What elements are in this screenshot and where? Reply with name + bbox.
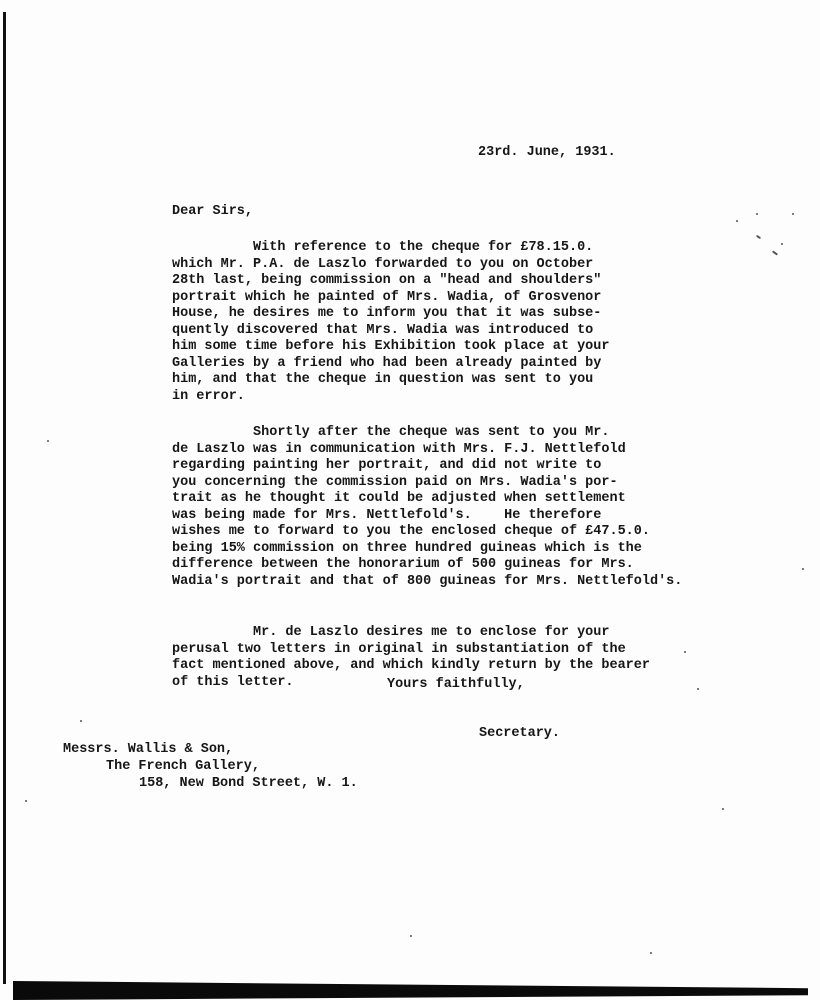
recipient-name: Messrs. Wallis & Son, — [63, 742, 233, 758]
scan-speck — [781, 243, 783, 245]
paragraph-line: trait as he thought it could be adjusted… — [172, 491, 626, 507]
scan-speck — [736, 220, 738, 222]
paragraph-line: was being made for Mrs. Nettlefold's. He… — [172, 508, 601, 524]
scan-speck — [722, 808, 724, 810]
paragraph-line: which Mr. P.A. de Laszlo forwarded to yo… — [172, 257, 593, 273]
paragraph-line: Galleries by a friend who had been alrea… — [172, 356, 601, 372]
scan-speck — [47, 440, 49, 442]
scan-speck — [80, 720, 82, 722]
paragraph-line: wishes me to forward to you the enclosed… — [172, 524, 650, 540]
signature-title: Secretary. — [479, 726, 560, 742]
paragraph-line: portrait which he painted of Mrs. Wadia,… — [172, 290, 601, 306]
paragraph-line: With reference to the cheque for £78.15.… — [172, 240, 593, 256]
paragraph-line: quently discovered that Mrs. Wadia was i… — [172, 323, 593, 339]
scan-speck — [756, 213, 758, 215]
paragraph-line: perusal two letters in original in subst… — [172, 642, 626, 658]
recipient-gallery: The French Gallery, — [106, 759, 260, 775]
paragraph-line: regarding painting her portrait, and did… — [172, 458, 601, 474]
paragraph-line: Shortly after the cheque was sent to you… — [172, 425, 609, 441]
paragraph-line: House, he desires me to inform you that … — [172, 306, 601, 322]
scan-speck — [410, 935, 412, 937]
scan-bottom-edge — [13, 981, 808, 1000]
paragraph-line: de Laszlo was in communication with Mrs.… — [172, 442, 626, 458]
scan-speck — [756, 235, 761, 240]
paragraph-line: Mr. de Laszlo desires me to enclose for … — [172, 625, 609, 641]
recipient-street: 158, New Bond Street, W. 1. — [139, 776, 358, 792]
paragraph-line: in error. — [172, 389, 245, 405]
scan-speck — [697, 688, 699, 690]
letter-date: 23rd. June, 1931. — [478, 145, 616, 161]
paragraph-line: him, and that the cheque in question was… — [172, 372, 593, 388]
paragraph-line: Wadia's portrait and that of 800 guineas… — [172, 574, 682, 590]
paragraph-line: of this letter. — [172, 675, 294, 691]
paragraph-line: difference between the honorarium of 500… — [172, 557, 634, 573]
scan-speck — [650, 952, 652, 954]
scan-speck — [792, 213, 794, 215]
paragraph-line: you concerning the commission paid on Mr… — [172, 475, 618, 491]
closing: Yours faithfully, — [387, 677, 525, 693]
paragraph-line: him some time before his Exhibition took… — [172, 339, 609, 355]
salutation: Dear Sirs, — [172, 204, 253, 220]
scan-left-edge — [3, 12, 6, 984]
paragraph-line: fact mentioned above, and which kindly r… — [172, 658, 650, 674]
paragraph-line: being 15% commission on three hundred gu… — [172, 541, 642, 557]
scan-speck — [684, 651, 686, 653]
letter-page: 23rd. June, 1931. Dear Sirs, With refere… — [0, 0, 820, 1000]
paragraph-line: 28th last, being commission on a "head a… — [172, 273, 601, 289]
scan-speck — [25, 800, 27, 802]
scan-speck — [772, 250, 778, 255]
scan-speck — [802, 568, 804, 570]
